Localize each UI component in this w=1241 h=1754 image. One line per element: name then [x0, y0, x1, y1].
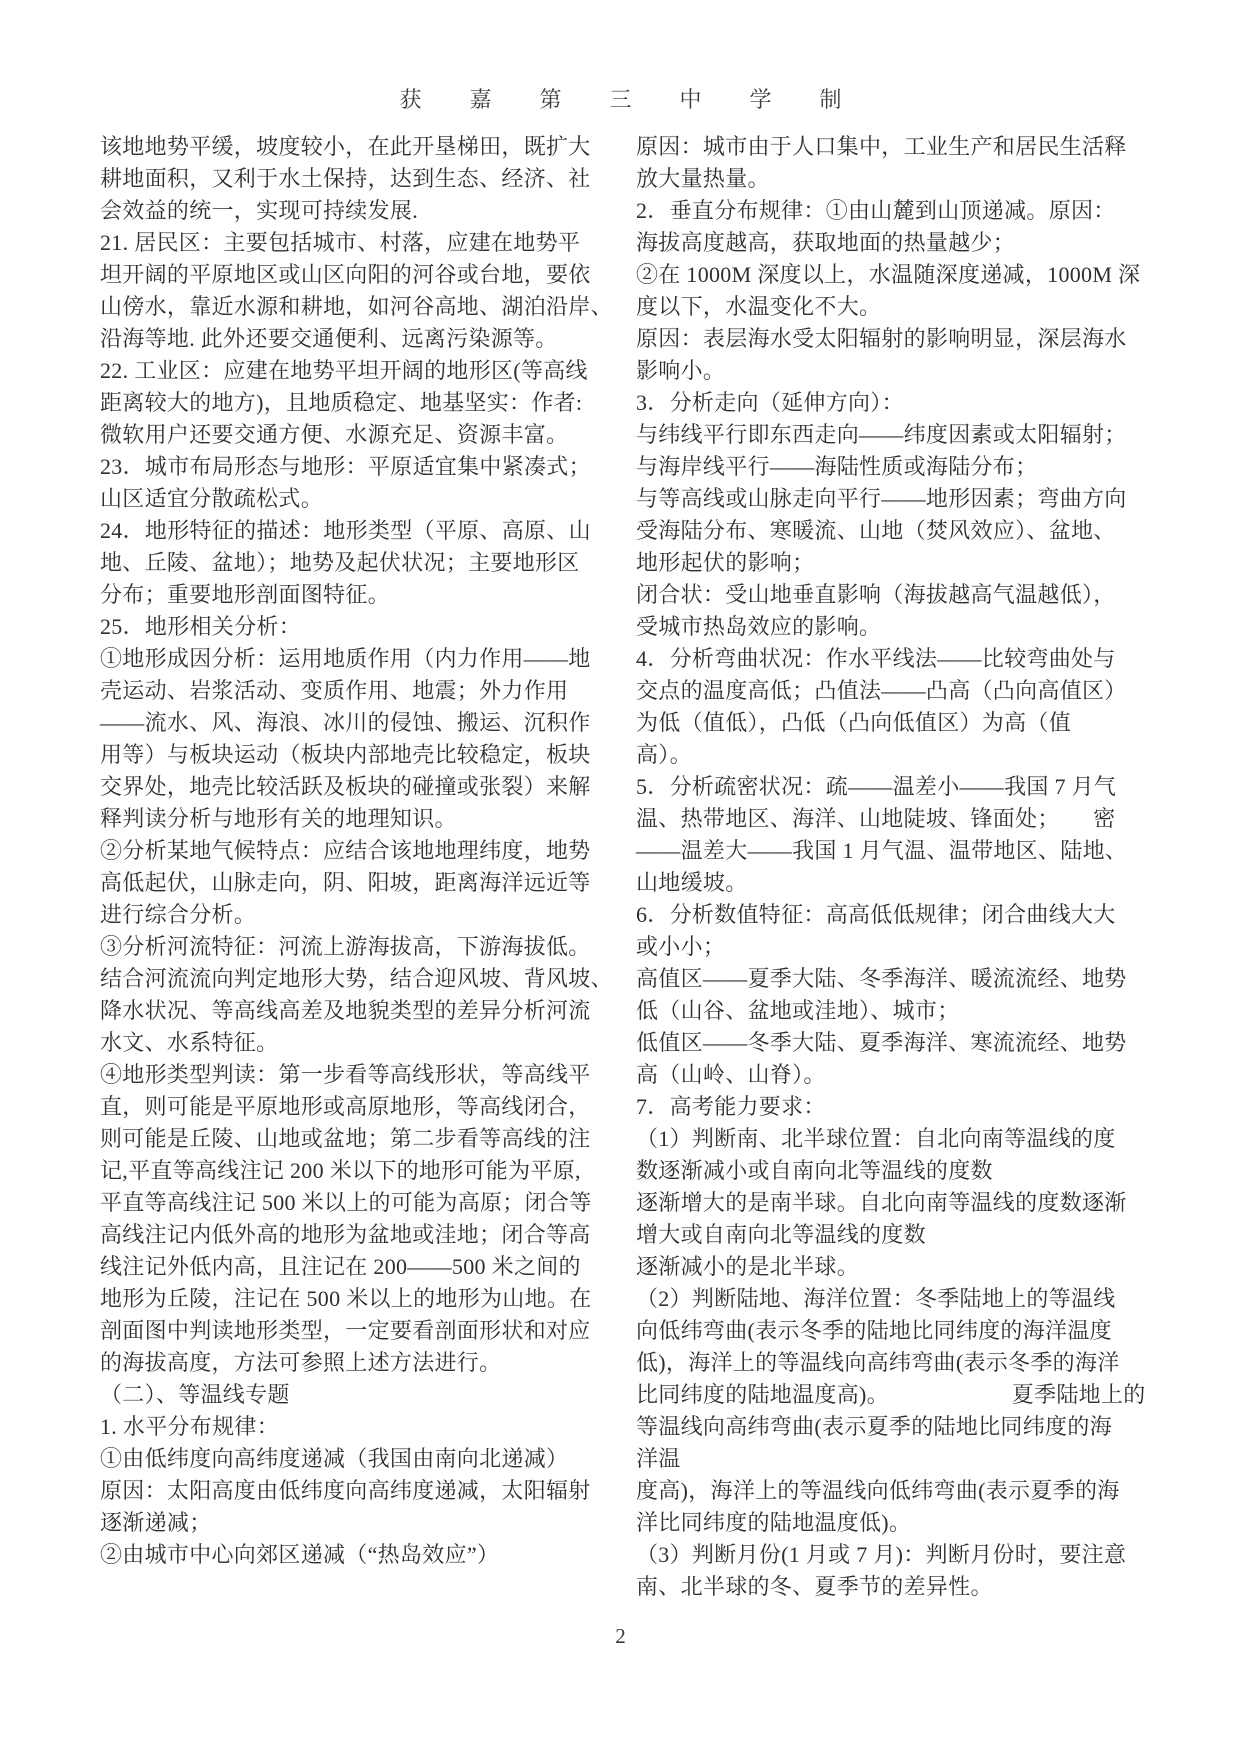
- text-line: 受海陆分布、寒暖流、山地（焚风效应）、盆地、: [636, 515, 1156, 547]
- text-line: 沿海等地. 此外还要交通便利、远离污染源等。: [100, 323, 606, 355]
- text-line: 25．地形相关分析：: [100, 611, 606, 643]
- text-line: 原因：城市由于人口集中，工业生产和居民生活释: [636, 131, 1156, 163]
- text-line: 向低纬弯曲(表示冬季的陆地比同纬度的海洋温度: [636, 1315, 1156, 1347]
- text-line: 微软用户还要交通方便、水源充足、资源丰富。: [100, 419, 606, 451]
- text-line: （2）判断陆地、海洋位置：冬季陆地上的等温线: [636, 1283, 1156, 1315]
- text-line: 释判读分析与地形有关的地理知识。: [100, 803, 606, 835]
- text-line: 数逐渐减小或自南向北等温线的度数: [636, 1155, 1156, 1187]
- text-line: 7．高考能力要求：: [636, 1091, 1156, 1123]
- text-line: 2．垂直分布规律：①由山麓到山顶递减。原因：: [636, 195, 1156, 227]
- text-line: 逐渐减小的是北半球。: [636, 1251, 1156, 1283]
- text-line: 低值区——冬季大陆、夏季海洋、寒流流经、地势: [636, 1027, 1156, 1059]
- text-line: 进行综合分析。: [100, 899, 606, 931]
- text-line: 低（山谷、盆地或洼地）、城市；: [636, 995, 1156, 1027]
- text-line: ②分析某地气候特点：应结合该地地理纬度，地势: [100, 835, 606, 867]
- document-page: 获嘉第三中学制 该地地势平缓，坡度较小，在此开垦梯田，既扩大耕地面积，又利于水土…: [0, 0, 1241, 1754]
- text-line: ——温差大——我国 1 月气温、温带地区、陆地、: [636, 835, 1156, 867]
- left-text-column: 该地地势平缓，坡度较小，在此开垦梯田，既扩大耕地面积，又利于水土保持，达到生态、…: [100, 131, 606, 1571]
- text-line: 水文、水系特征。: [100, 1027, 606, 1059]
- text-line: 记,平直等高线注记 200 米以下的地形可能为平原,: [100, 1155, 606, 1187]
- text-line: 山区适宜分散疏松式。: [100, 483, 606, 515]
- text-line: 分布；重要地形剖面图特征。: [100, 579, 606, 611]
- text-line: 洋温: [636, 1443, 1156, 1475]
- text-line: ③分析河流特征：河流上游海拔高，下游海拔低。: [100, 931, 606, 963]
- text-line: 度以下，水温变化不大。: [636, 291, 1156, 323]
- text-line: 受城市热岛效应的影响。: [636, 611, 1156, 643]
- text-line: 低)，海洋上的等温线向高纬弯曲(表示冬季的海洋: [636, 1347, 1156, 1379]
- text-line: 原因：表层海水受太阳辐射的影响明显，深层海水: [636, 323, 1156, 355]
- text-line: 平直等高线注记 500 米以上的可能为高原；闭合等: [100, 1187, 606, 1219]
- text-line: 与纬线平行即东西走向——纬度因素或太阳辐射；: [636, 419, 1156, 451]
- text-line: 增大或自南向北等温线的度数: [636, 1219, 1156, 1251]
- text-line: 与海岸线平行——海陆性质或海陆分布；: [636, 451, 1156, 483]
- text-line: ——流水、风、海浪、冰川的侵蚀、搬运、沉积作: [100, 707, 606, 739]
- text-line: 1. 水平分布规律：: [100, 1411, 606, 1443]
- text-line: 洋比同纬度的陆地温度低)。: [636, 1507, 1156, 1539]
- text-line: ①由低纬度向高纬度递减（我国由南向北递减）: [100, 1443, 606, 1475]
- text-line: 地形为丘陵，注记在 500 米以上的地形为山地。在: [100, 1283, 606, 1315]
- text-line: 降水状况、等高线高差及地貌类型的差异分析河流: [100, 995, 606, 1027]
- text-line: 结合河流流向判定地形大势，结合迎风坡、背风坡、: [100, 963, 606, 995]
- text-line: 逐渐递减；: [100, 1507, 606, 1539]
- text-line: 会效益的统一，实现可持续发展.: [100, 195, 606, 227]
- page-header-title: 获嘉第三中学制: [0, 84, 1241, 116]
- text-line: 则可能是丘陵、山地或盆地；第二步看等高线的注: [100, 1123, 606, 1155]
- text-line: ①地形成因分析：运用地质作用（内力作用——地: [100, 643, 606, 675]
- text-line: 比同纬度的陆地温度高)。 夏季陆地上的: [636, 1379, 1156, 1411]
- text-line: ④地形类型判读：第一步看等高线形状，等高线平: [100, 1059, 606, 1091]
- text-line: 用等）与板块运动（板块内部地壳比较稳定，板块: [100, 739, 606, 771]
- text-line: 闭合状：受山地垂直影响（海拔越高气温越低），: [636, 579, 1156, 611]
- text-line: 海拔高度越高，获取地面的热量越少；: [636, 227, 1156, 259]
- text-line: 为低（值低），凸低（凸向低值区）为高（值: [636, 707, 1156, 739]
- text-line: 温、热带地区、海洋、山地陡坡、锋面处； 密: [636, 803, 1156, 835]
- text-line: （二）、等温线专题: [100, 1379, 606, 1411]
- text-line: 原因：太阳高度由低纬度向高纬度递减，太阳辐射: [100, 1475, 606, 1507]
- text-line: 3．分析走向（延伸方向）：: [636, 387, 1156, 419]
- text-line: 耕地面积，又利于水土保持，达到生态、经济、社: [100, 163, 606, 195]
- text-line: 壳运动、岩浆活动、变质作用、地震；外力作用: [100, 675, 606, 707]
- text-line: 放大量热量。: [636, 163, 1156, 195]
- text-line: 地、丘陵、盆地）；地势及起伏状况；主要地形区: [100, 547, 606, 579]
- text-line: 或小小；: [636, 931, 1156, 963]
- text-line: 线注记外低内高，且注记在 200——500 米之间的: [100, 1251, 606, 1283]
- text-line: 影响小。: [636, 355, 1156, 387]
- page-number: 2: [0, 1620, 1241, 1652]
- text-line: 5．分析疏密状况：疏——温差小——我国 7 月气: [636, 771, 1156, 803]
- text-line: 22. 工业区：应建在地势平坦开阔的地形区(等高线: [100, 355, 606, 387]
- text-line: 交界处，地壳比较活跃及板块的碰撞或张裂）来解: [100, 771, 606, 803]
- text-line: 度高)，海洋上的等温线向低纬弯曲(表示夏季的海: [636, 1475, 1156, 1507]
- text-line: 距离较大的地方)，且地质稳定、地基坚实：作者:: [100, 387, 606, 419]
- text-line: 等温线向高纬弯曲(表示夏季的陆地比同纬度的海: [636, 1411, 1156, 1443]
- text-line: 山地缓坡。: [636, 867, 1156, 899]
- text-line: 高）。: [636, 739, 1156, 771]
- right-text-column: 原因：城市由于人口集中，工业生产和居民生活释放大量热量。2．垂直分布规律：①由山…: [636, 131, 1156, 1603]
- text-line: 高线注记内低外高的地形为盆地或洼地；闭合等高: [100, 1219, 606, 1251]
- text-line: 21. 居民区：主要包括城市、村落，应建在地势平: [100, 227, 606, 259]
- text-line: 4．分析弯曲状况：作水平线法——比较弯曲处与: [636, 643, 1156, 675]
- text-line: ②由城市中心向郊区递减（“热岛效应”）: [100, 1539, 606, 1571]
- text-line: 直，则可能是平原地形或高原地形，等高线闭合，: [100, 1091, 606, 1123]
- text-line: ②在 1000M 深度以上，水温随深度递减，1000M 深: [636, 259, 1156, 291]
- text-line: 南、北半球的冬、夏季节的差异性。: [636, 1571, 1156, 1603]
- text-line: 与等高线或山脉走向平行——地形因素；弯曲方向: [636, 483, 1156, 515]
- text-line: 24．地形特征的描述：地形类型（平原、高原、山: [100, 515, 606, 547]
- text-line: 6．分析数值特征：高高低低规律；闭合曲线大大: [636, 899, 1156, 931]
- text-line: （3）判断月份(1 月或 7 月)：判断月份时，要注意: [636, 1539, 1156, 1571]
- text-line: 高（山岭、山脊）。: [636, 1059, 1156, 1091]
- text-line: 高低起伏，山脉走向，阴、阳坡，距离海洋远近等: [100, 867, 606, 899]
- text-line: 23．城市布局形态与地形：平原适宜集中紧凑式；: [100, 451, 606, 483]
- text-line: 高值区——夏季大陆、冬季海洋、暖流流经、地势: [636, 963, 1156, 995]
- text-line: 的海拔高度，方法可参照上述方法进行。: [100, 1347, 606, 1379]
- text-line: 山傍水，靠近水源和耕地，如河谷高地、湖泊沿岸、: [100, 291, 606, 323]
- text-line: （1）判断南、北半球位置：自北向南等温线的度: [636, 1123, 1156, 1155]
- text-line: 地形起伏的影响；: [636, 547, 1156, 579]
- text-line: 坦开阔的平原地区或山区向阳的河谷或台地，要依: [100, 259, 606, 291]
- text-line: 交点的温度高低；凸值法——凸高（凸向高值区）: [636, 675, 1156, 707]
- text-line: 剖面图中判读地形类型，一定要看剖面形状和对应: [100, 1315, 606, 1347]
- text-line: 逐渐增大的是南半球。自北向南等温线的度数逐渐: [636, 1187, 1156, 1219]
- text-line: 该地地势平缓，坡度较小，在此开垦梯田，既扩大: [100, 131, 606, 163]
